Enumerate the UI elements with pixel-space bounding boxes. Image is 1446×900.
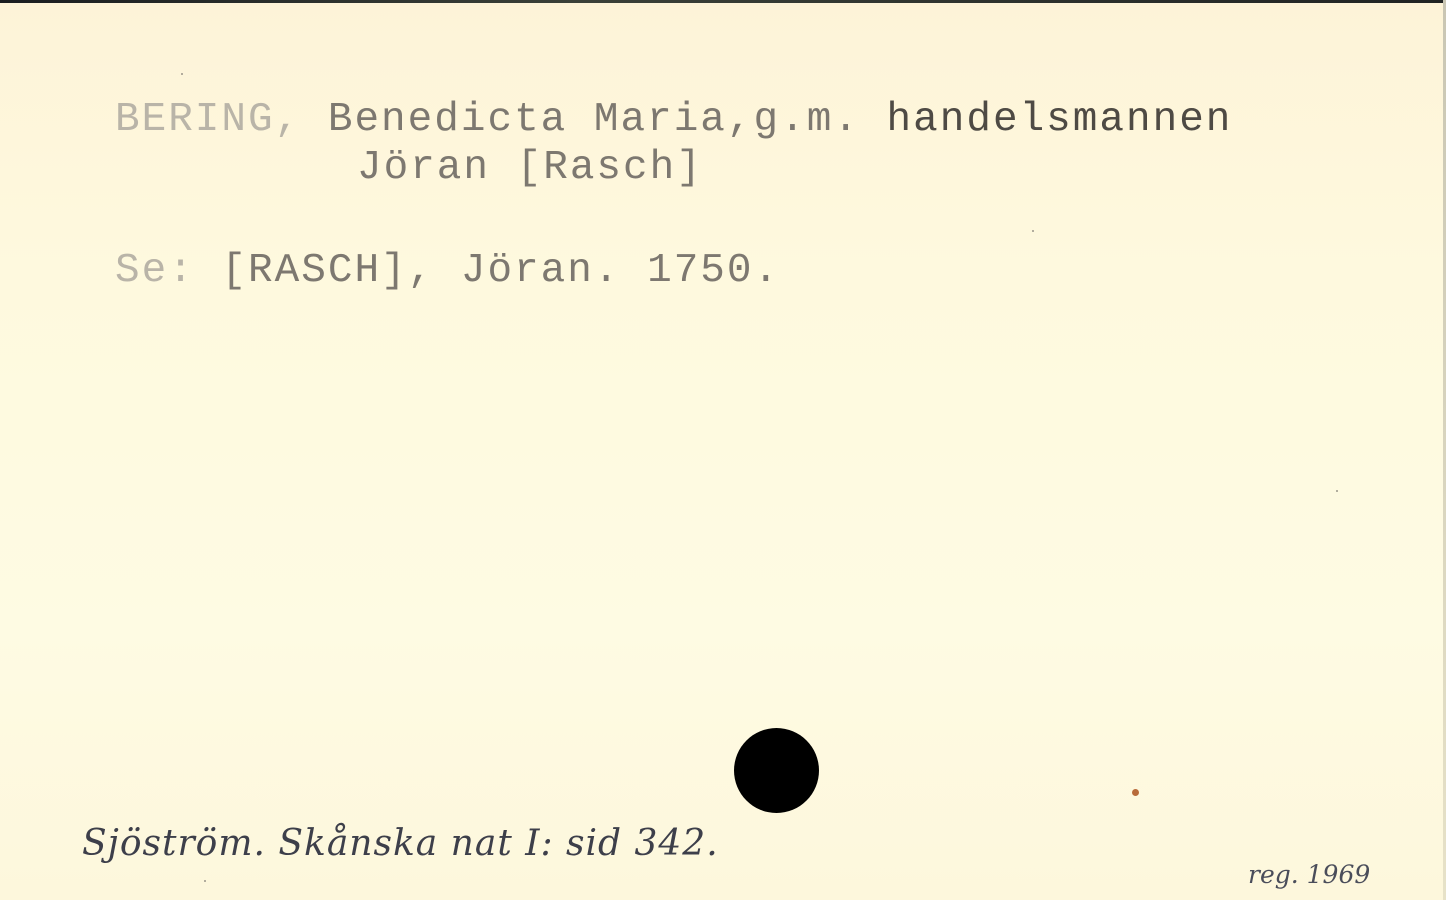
paper-dot bbox=[181, 73, 183, 75]
cross-reference-target: [RASCH], Jöran. 1750. bbox=[221, 248, 780, 294]
entry-spouse-line: Jöran [Rasch] bbox=[357, 148, 703, 189]
paper-dot bbox=[1032, 230, 1034, 232]
cross-reference-line: Se: [RASCH], Jöran. 1750. bbox=[115, 251, 780, 292]
index-card: BERING, Benedicta Maria,g.m. handelsmann… bbox=[0, 0, 1446, 900]
handwritten-source-note: Sjöström. Skånska nat I: sid 342. bbox=[82, 826, 719, 862]
entry-given-names: Benedicta Maria, bbox=[328, 97, 754, 143]
paper-dot bbox=[1336, 490, 1338, 492]
handwritten-date-note: reg. 1969 bbox=[1248, 862, 1370, 887]
entry-relation: g.m. bbox=[754, 97, 860, 143]
punch-hole bbox=[734, 728, 819, 813]
ink-speck bbox=[1132, 789, 1139, 796]
entry-occupation: handelsmannen bbox=[887, 97, 1233, 143]
entry-heading-line: BERING, Benedicta Maria,g.m. handelsmann… bbox=[115, 100, 1232, 141]
paper-dot bbox=[204, 880, 206, 882]
cross-reference-label: Se: bbox=[115, 248, 195, 294]
scan-top-edge bbox=[0, 0, 1446, 3]
entry-surname: BERING, bbox=[115, 97, 301, 143]
